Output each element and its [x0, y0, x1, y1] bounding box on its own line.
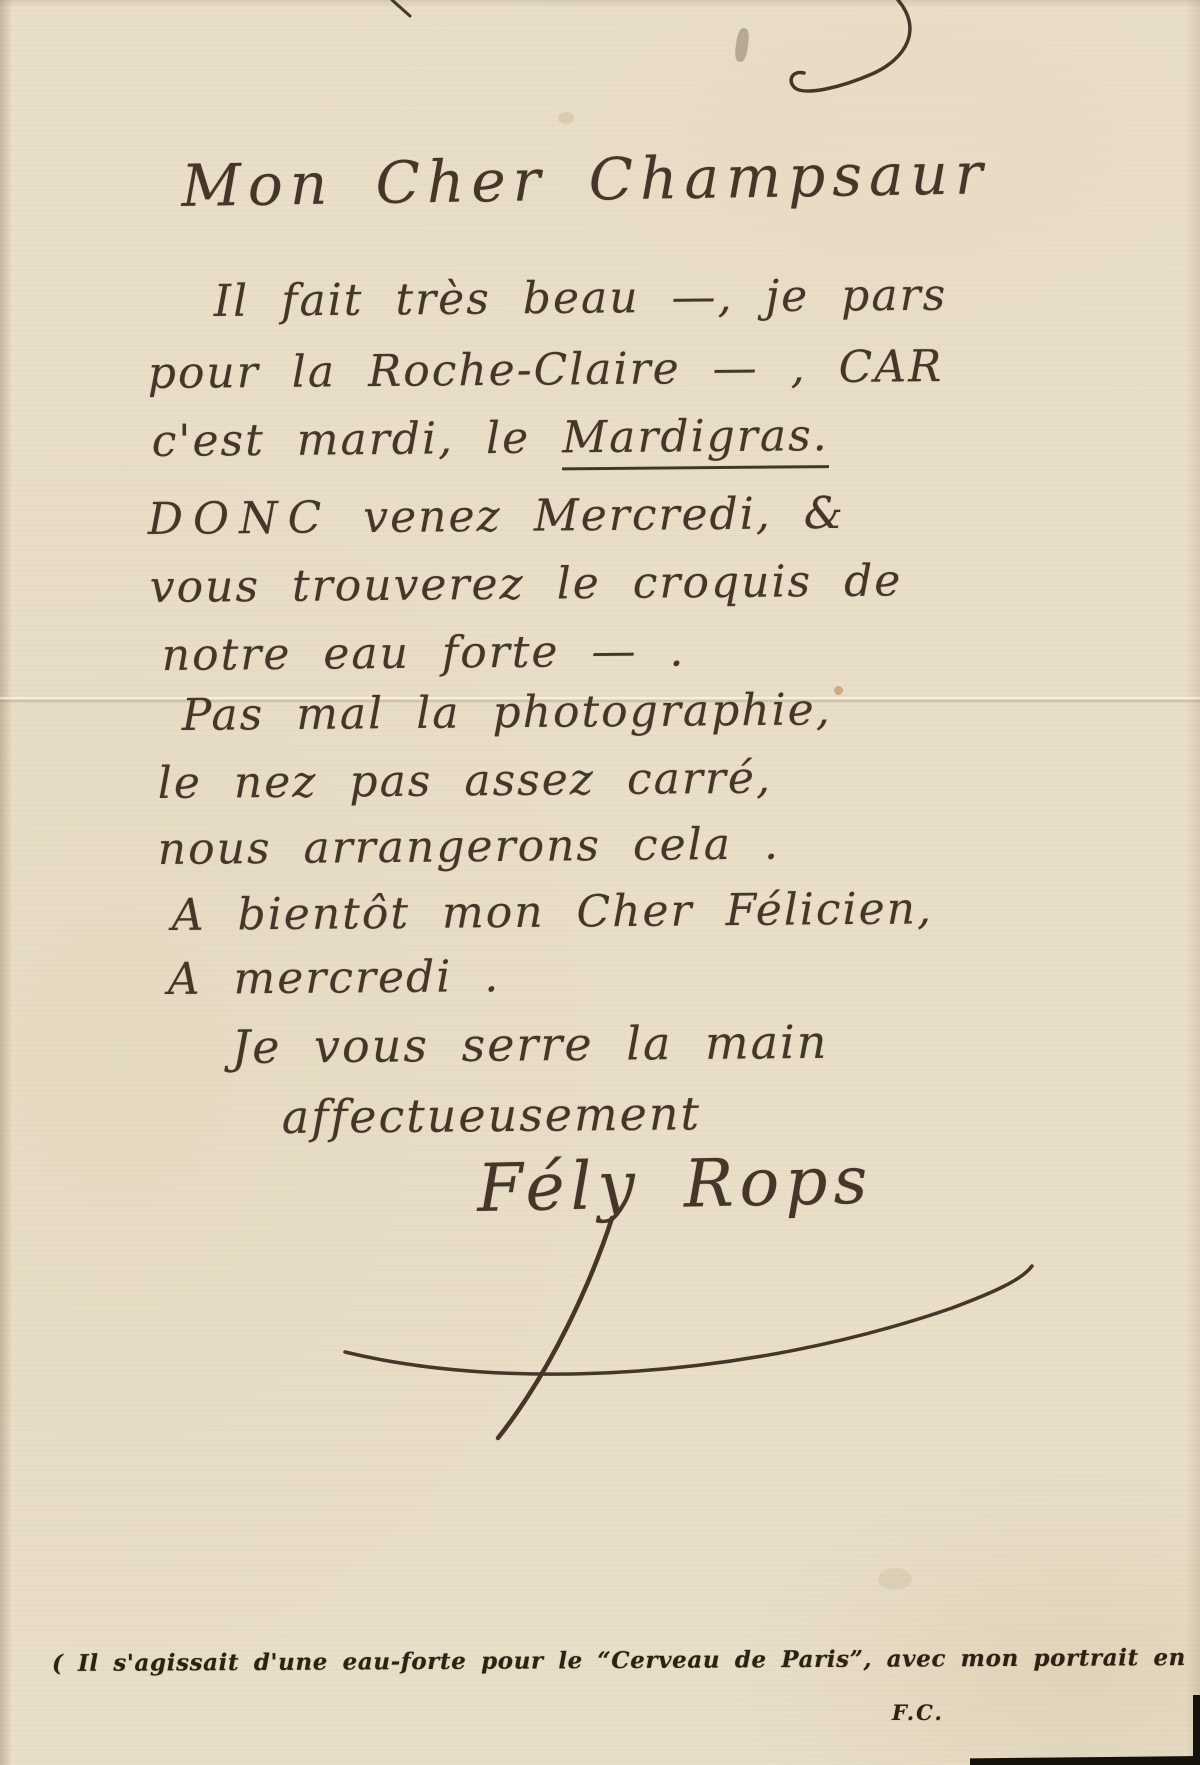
letter-line: le nez pas assez carré,	[158, 753, 773, 809]
foxing-spot	[834, 686, 843, 695]
underlined-word: Mardigras.	[562, 410, 829, 470]
paper-left-edge-shadow	[0, 0, 12, 1765]
letter-line: nous arrangerons cela .	[158, 819, 781, 875]
letter-line: Pas mal la photographie,	[182, 684, 832, 741]
scan-background-edge	[970, 1756, 1200, 1765]
signature-flourish	[280, 1140, 1080, 1480]
letter-line: DONC venez Mercredi, &	[148, 488, 846, 545]
scan-background-edge	[1193, 1695, 1200, 1765]
letter-line: c'est mardi, le Mardigras.	[152, 410, 829, 467]
salutation: Mon Cher Champsaur	[181, 139, 990, 220]
letter-line: Je vous serre la main	[232, 1015, 829, 1074]
letter-line: pour la Roche-Claire — , CAR	[148, 341, 944, 399]
letter-line: A mercredi .	[168, 951, 501, 1005]
letter-line: notre eau forte — .	[162, 625, 686, 681]
annotation-initials: F.C.	[892, 1700, 944, 1725]
letter-line-text: c'est mardi, le	[152, 412, 563, 467]
letter-line: Il fait très beau —, je pars	[214, 270, 948, 327]
paper-right-edge-shadow	[1186, 0, 1200, 1765]
annotation: ( Il s'agissait d'une eau-forte pour le …	[52, 1642, 1200, 1677]
letter-line: affectueusement	[282, 1086, 702, 1144]
letter-line: vous trouverez le croquis de	[150, 555, 903, 613]
letter-line-text: venez Mercredi, &	[331, 488, 845, 543]
scanned-letter-page: Mon Cher Champsaur Il fait très beau —, …	[0, 0, 1200, 1765]
emphasized-word: DONC	[148, 492, 332, 545]
cropped-pen-stroke	[0, 0, 1200, 120]
letter-line: A bientôt mon Cher Félicien,	[172, 883, 934, 941]
foxing-spot	[878, 1568, 912, 1590]
